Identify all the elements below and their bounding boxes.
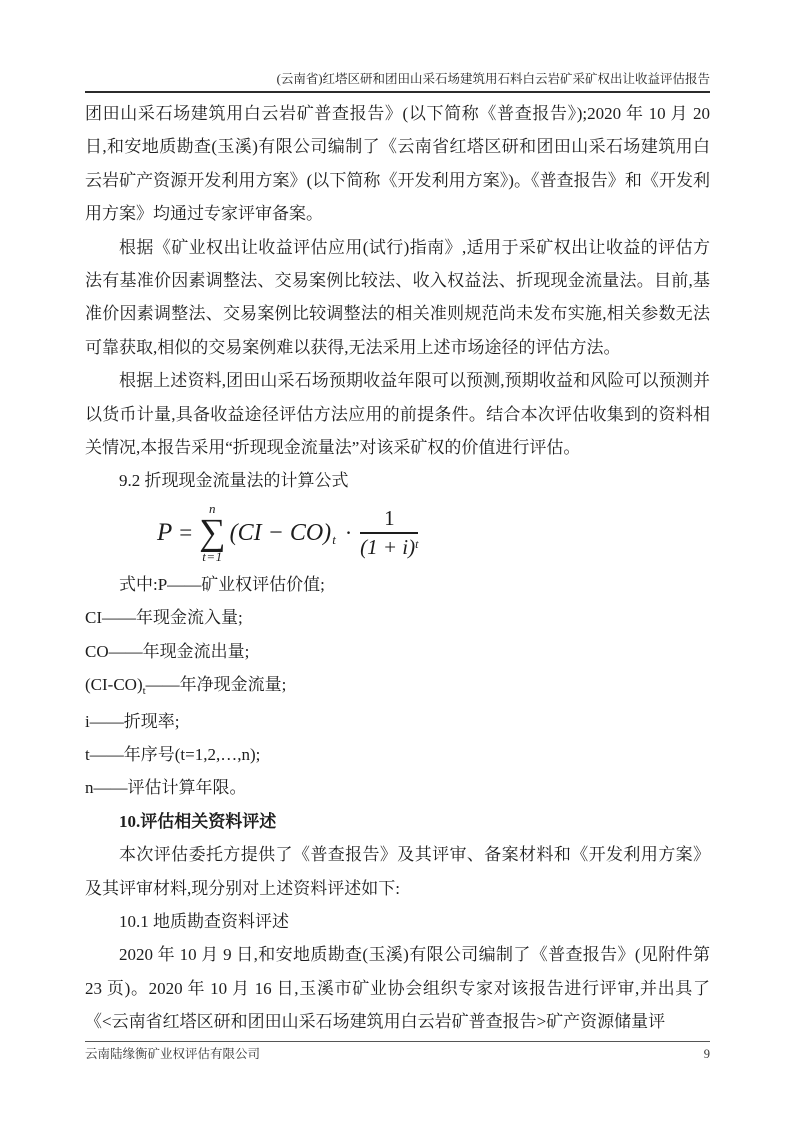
definition-line-i: i——折现率; — [85, 705, 710, 738]
page-header: (云南省)红塔区研和团田山采石场建筑用石料白云岩矿采矿权出让收益评估报告 — [85, 71, 710, 93]
footer-page-number: 9 — [704, 1047, 710, 1062]
sigma-icon: ∑ — [199, 516, 225, 549]
paragraph-method-basis: 根据《矿业权出让收益评估应用(试行)指南》,适用于采矿权出让收益的评估方法有基准… — [85, 231, 710, 365]
page-footer: 云南陆缘衡矿业权评估有限公司 9 — [85, 1041, 710, 1062]
formula-equals: = — [179, 521, 192, 544]
section-heading-9-2: 9.2 折现现金流量法的计算公式 — [85, 464, 710, 497]
footer-company: 云南陆缘衡矿业权评估有限公司 — [85, 1047, 260, 1062]
definition-line-co: CO——年现金流出量; — [85, 635, 710, 668]
net-cashflow-term: (CI-CO) — [85, 675, 143, 694]
formula-cashflow-term: (CI − CO) — [230, 521, 332, 545]
dcf-formula: P = n ∑ t=1 (CI − CO) t · 1 (1 + i)t — [85, 498, 710, 568]
definition-line-n: n——评估计算年限。 — [85, 771, 710, 804]
formula-discount-fraction: 1 (1 + i)t — [360, 508, 418, 558]
section-heading-10-1: 10.1 地质勘查资料评述 — [85, 905, 710, 938]
formula-denominator-exponent: t — [415, 537, 418, 551]
formula-fraction-denominator: (1 + i)t — [360, 534, 418, 558]
header-title: (云南省)红塔区研和团田山采石场建筑用石料白云岩矿采矿权出让收益评估报告 — [277, 72, 710, 86]
formula-definitions: 式中:P——矿业权评估价值; CI——年现金流入量; CO——年现金流出量; (… — [85, 568, 710, 805]
formula-cashflow-subscript: t — [332, 523, 336, 556]
definition-line-net-cashflow: (CI-CO)t——年净现金流量; — [85, 668, 710, 704]
formula-sigma: n ∑ t=1 — [199, 502, 225, 564]
definition-line-p: 式中:P——矿业权评估价值; — [85, 568, 710, 601]
formula-multiply-dot: · — [345, 522, 352, 544]
paragraph-geology-review: 2020 年 10 月 9 日,和安地质勘查(玉溪)有限公司编制了《普查报告》(… — [85, 938, 710, 1038]
paragraph-method-choice: 根据上述资料,团田山采石场预期收益年限可以预测,预期收益和风险可以预测并以货币计… — [85, 364, 710, 464]
formula-p: P — [157, 520, 172, 545]
paragraph-continuation: 团田山采石场建筑用白云岩矿普查报告》(以下简称《普查报告》);2020 年 10… — [85, 97, 710, 231]
definition-line-ci: CI——年现金流入量; — [85, 601, 710, 634]
formula-fraction-numerator: 1 — [384, 508, 395, 532]
section-heading-10: 10.评估相关资料评述 — [85, 805, 710, 838]
paragraph-10-intro: 本次评估委托方提供了《普查报告》及其评审、备案材料和《开发利用方案》及其评审材料… — [85, 838, 710, 905]
formula-sigma-lower: t=1 — [202, 550, 222, 564]
page-body: 团田山采石场建筑用白云岩矿普查报告》(以下简称《普查报告》);2020 年 10… — [85, 97, 710, 1039]
net-cashflow-subscript: t — [143, 685, 146, 697]
formula-denominator-base: (1 + i) — [360, 535, 415, 559]
net-cashflow-label: ——年净现金流量; — [146, 675, 287, 694]
document-page: (云南省)红塔区研和团田山采石场建筑用石料白云岩矿采矿权出让收益评估报告 团田山… — [0, 0, 794, 1123]
definition-line-t: t——年序号(t=1,2,…,n); — [85, 738, 710, 771]
